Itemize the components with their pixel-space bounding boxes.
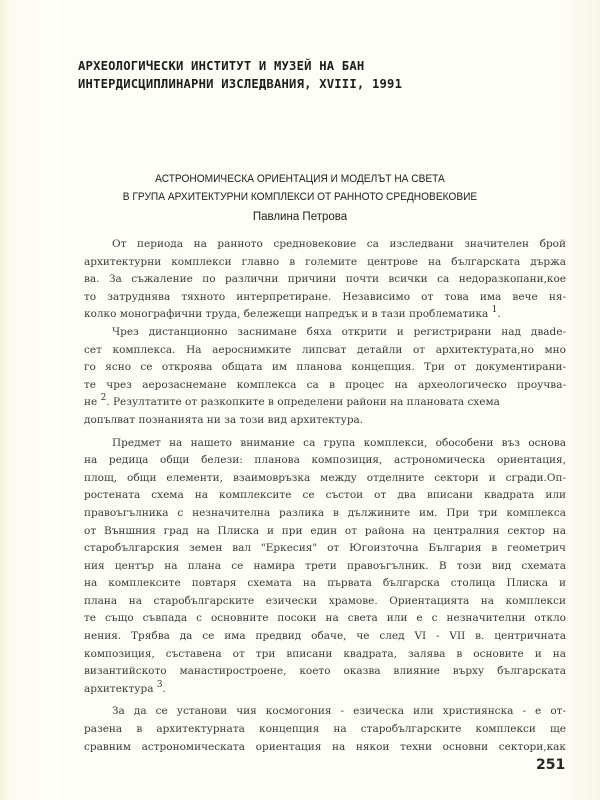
text-line: ва. За съжаление по различни причини поч…	[84, 271, 566, 289]
text-line: От периода на ранното средновековие са и…	[84, 236, 566, 254]
text-line: на комплексите повтаря схемата на първат…	[84, 575, 566, 593]
journal-header: АРХЕОЛОГИЧЕСКИ ИНСТИТУТ И МУЗЕЙ НА БАН И…	[78, 57, 402, 93]
text-line: Предмет на нашето внимание са група комп…	[84, 435, 566, 453]
text-line: ния център на плана се намира трети прав…	[84, 558, 566, 576]
text-line: площ, общи елементи, взаимовръзка между …	[84, 470, 566, 488]
text-line: композиция, съставена от три вписани ква…	[84, 646, 566, 664]
text-line: не 2. Резултатите от разкопките в опреде…	[84, 394, 566, 412]
text-line: на редица общи белези: планова композици…	[84, 452, 566, 470]
text-fragment: . Резултатите от разкопките в определени…	[106, 396, 500, 408]
text-line: архитектурни комплекси главно в големите…	[84, 254, 566, 272]
text-line: допълват познанията ни за този вид архит…	[84, 412, 566, 430]
article-title-line-2: В ГРУПА АРХИТЕКТУРНИ КОМПЛЕКСИ ОТ РАННОТ…	[30, 188, 570, 206]
text-fragment: колко монографични труда, бележещи напре…	[84, 308, 488, 320]
article-author: Павлина Петрова	[0, 207, 600, 227]
journal-header-series: ИНТЕРДИСЦИПЛИНАРНИ ИЗСЛЕДВАНИЯ, XVIII, 1…	[78, 75, 402, 93]
article-body: От периода на ранното средновековие са и…	[84, 236, 566, 756]
text-line: старобългарския земен вал "Еркесия" от Ю…	[84, 540, 566, 558]
text-line: сет комплекса. На аероснимките липсват д…	[84, 342, 566, 360]
text-fragment: не	[84, 396, 97, 408]
text-line: от Външния град на Плиска и при един от …	[84, 523, 566, 541]
article-title-line-1: АСТРОНОМИЧЕСКА ОРИЕНТАЦИЯ И МОДЕЛЪТ НА С…	[30, 170, 570, 188]
text-line: правоъгълника с незначителна разлика в д…	[84, 505, 566, 523]
paragraph-1: От периода на ранното средновековие са и…	[84, 236, 566, 324]
text-line: ростената схема на комплексите се състои…	[84, 487, 566, 505]
text-line: те чрез аерозаснемане комплекса са в про…	[84, 377, 566, 395]
text-fragment: .	[497, 308, 500, 320]
page-number: 251	[536, 757, 565, 773]
text-line: те също съвпада с основните посоки на св…	[84, 610, 566, 628]
text-line: то затруднява тяхното интерпретиране. Не…	[84, 289, 566, 307]
text-line: За да се установи чия космогония - езиче…	[84, 703, 566, 721]
article-title-block: АСТРОНОМИЧЕСКА ОРИЕНТАЦИЯ И МОДЕЛЪТ НА С…	[0, 170, 600, 227]
paragraph-4: За да се установи чия космогония - езиче…	[84, 703, 566, 756]
text-line: византийското манастиростроене, което ок…	[84, 663, 566, 681]
text-fragment: архитектура	[84, 683, 153, 695]
paragraph-3: Предмет на нашето внимание са група комп…	[84, 435, 566, 699]
text-line: разена в архитектурната концепция на ста…	[84, 721, 566, 739]
journal-header-institute: АРХЕОЛОГИЧЕСКИ ИНСТИТУТ И МУЗЕЙ НА БАН	[78, 57, 402, 75]
text-line: плана на старобългарските езически храмо…	[84, 593, 566, 611]
text-line: архитектура 3.	[84, 681, 566, 699]
text-line: колко монографични труда, бележещи напре…	[84, 306, 566, 324]
text-line: Чрез дистанционно заснимане бяха открити…	[84, 324, 566, 342]
scanned-page: АРХЕОЛОГИЧЕСКИ ИНСТИТУТ И МУЗЕЙ НА БАН И…	[0, 0, 600, 800]
paragraph-2: Чрез дистанционно заснимане бяха открити…	[84, 324, 566, 430]
text-line: нения. Трябва да се има предвид обаче, ч…	[84, 628, 566, 646]
text-fragment: .	[163, 683, 166, 695]
text-line: сравним астрономическата ориентация на н…	[84, 739, 566, 757]
text-line: го ясно се открoява общата им планова ко…	[84, 359, 566, 377]
